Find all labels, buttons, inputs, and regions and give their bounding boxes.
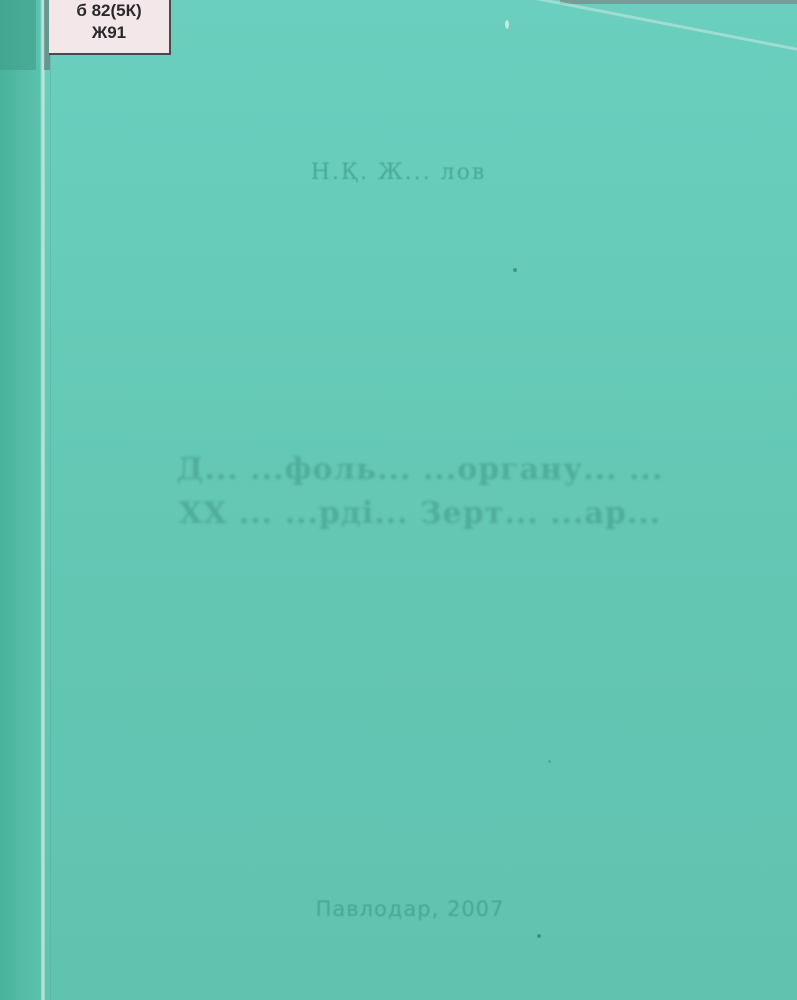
classification-code: б 82(5К) [49,0,169,22]
cover-author: Н.Қ. Ж... лов [0,160,797,185]
cover-imprint: Павлодар, 2007 [0,897,797,921]
speck [548,760,551,763]
title-line-2: ХХ ... ...рдi... Зерт... ...ар... [80,492,760,536]
title-line-1: Д... ...фоль... ...органу... ... [80,448,760,492]
page-top-edge [560,0,797,4]
book-cover-photo: б 82(5К) Ж91 Н.Қ. Ж... лов Д... ...фоль.… [0,0,797,1000]
cover-crease [41,0,45,1000]
library-call-number-label: б 82(5К) Ж91 [49,0,171,55]
spine-shadow [0,0,36,70]
speck [537,934,541,938]
cover-title: Д... ...фоль... ...органу... ... ХХ ... … [80,448,760,536]
speck [513,268,517,272]
cover-edge [50,0,51,1000]
speck [505,20,509,29]
author-mark: Ж91 [49,22,169,44]
book-spine [0,0,40,1000]
scratch-mark [499,0,797,62]
